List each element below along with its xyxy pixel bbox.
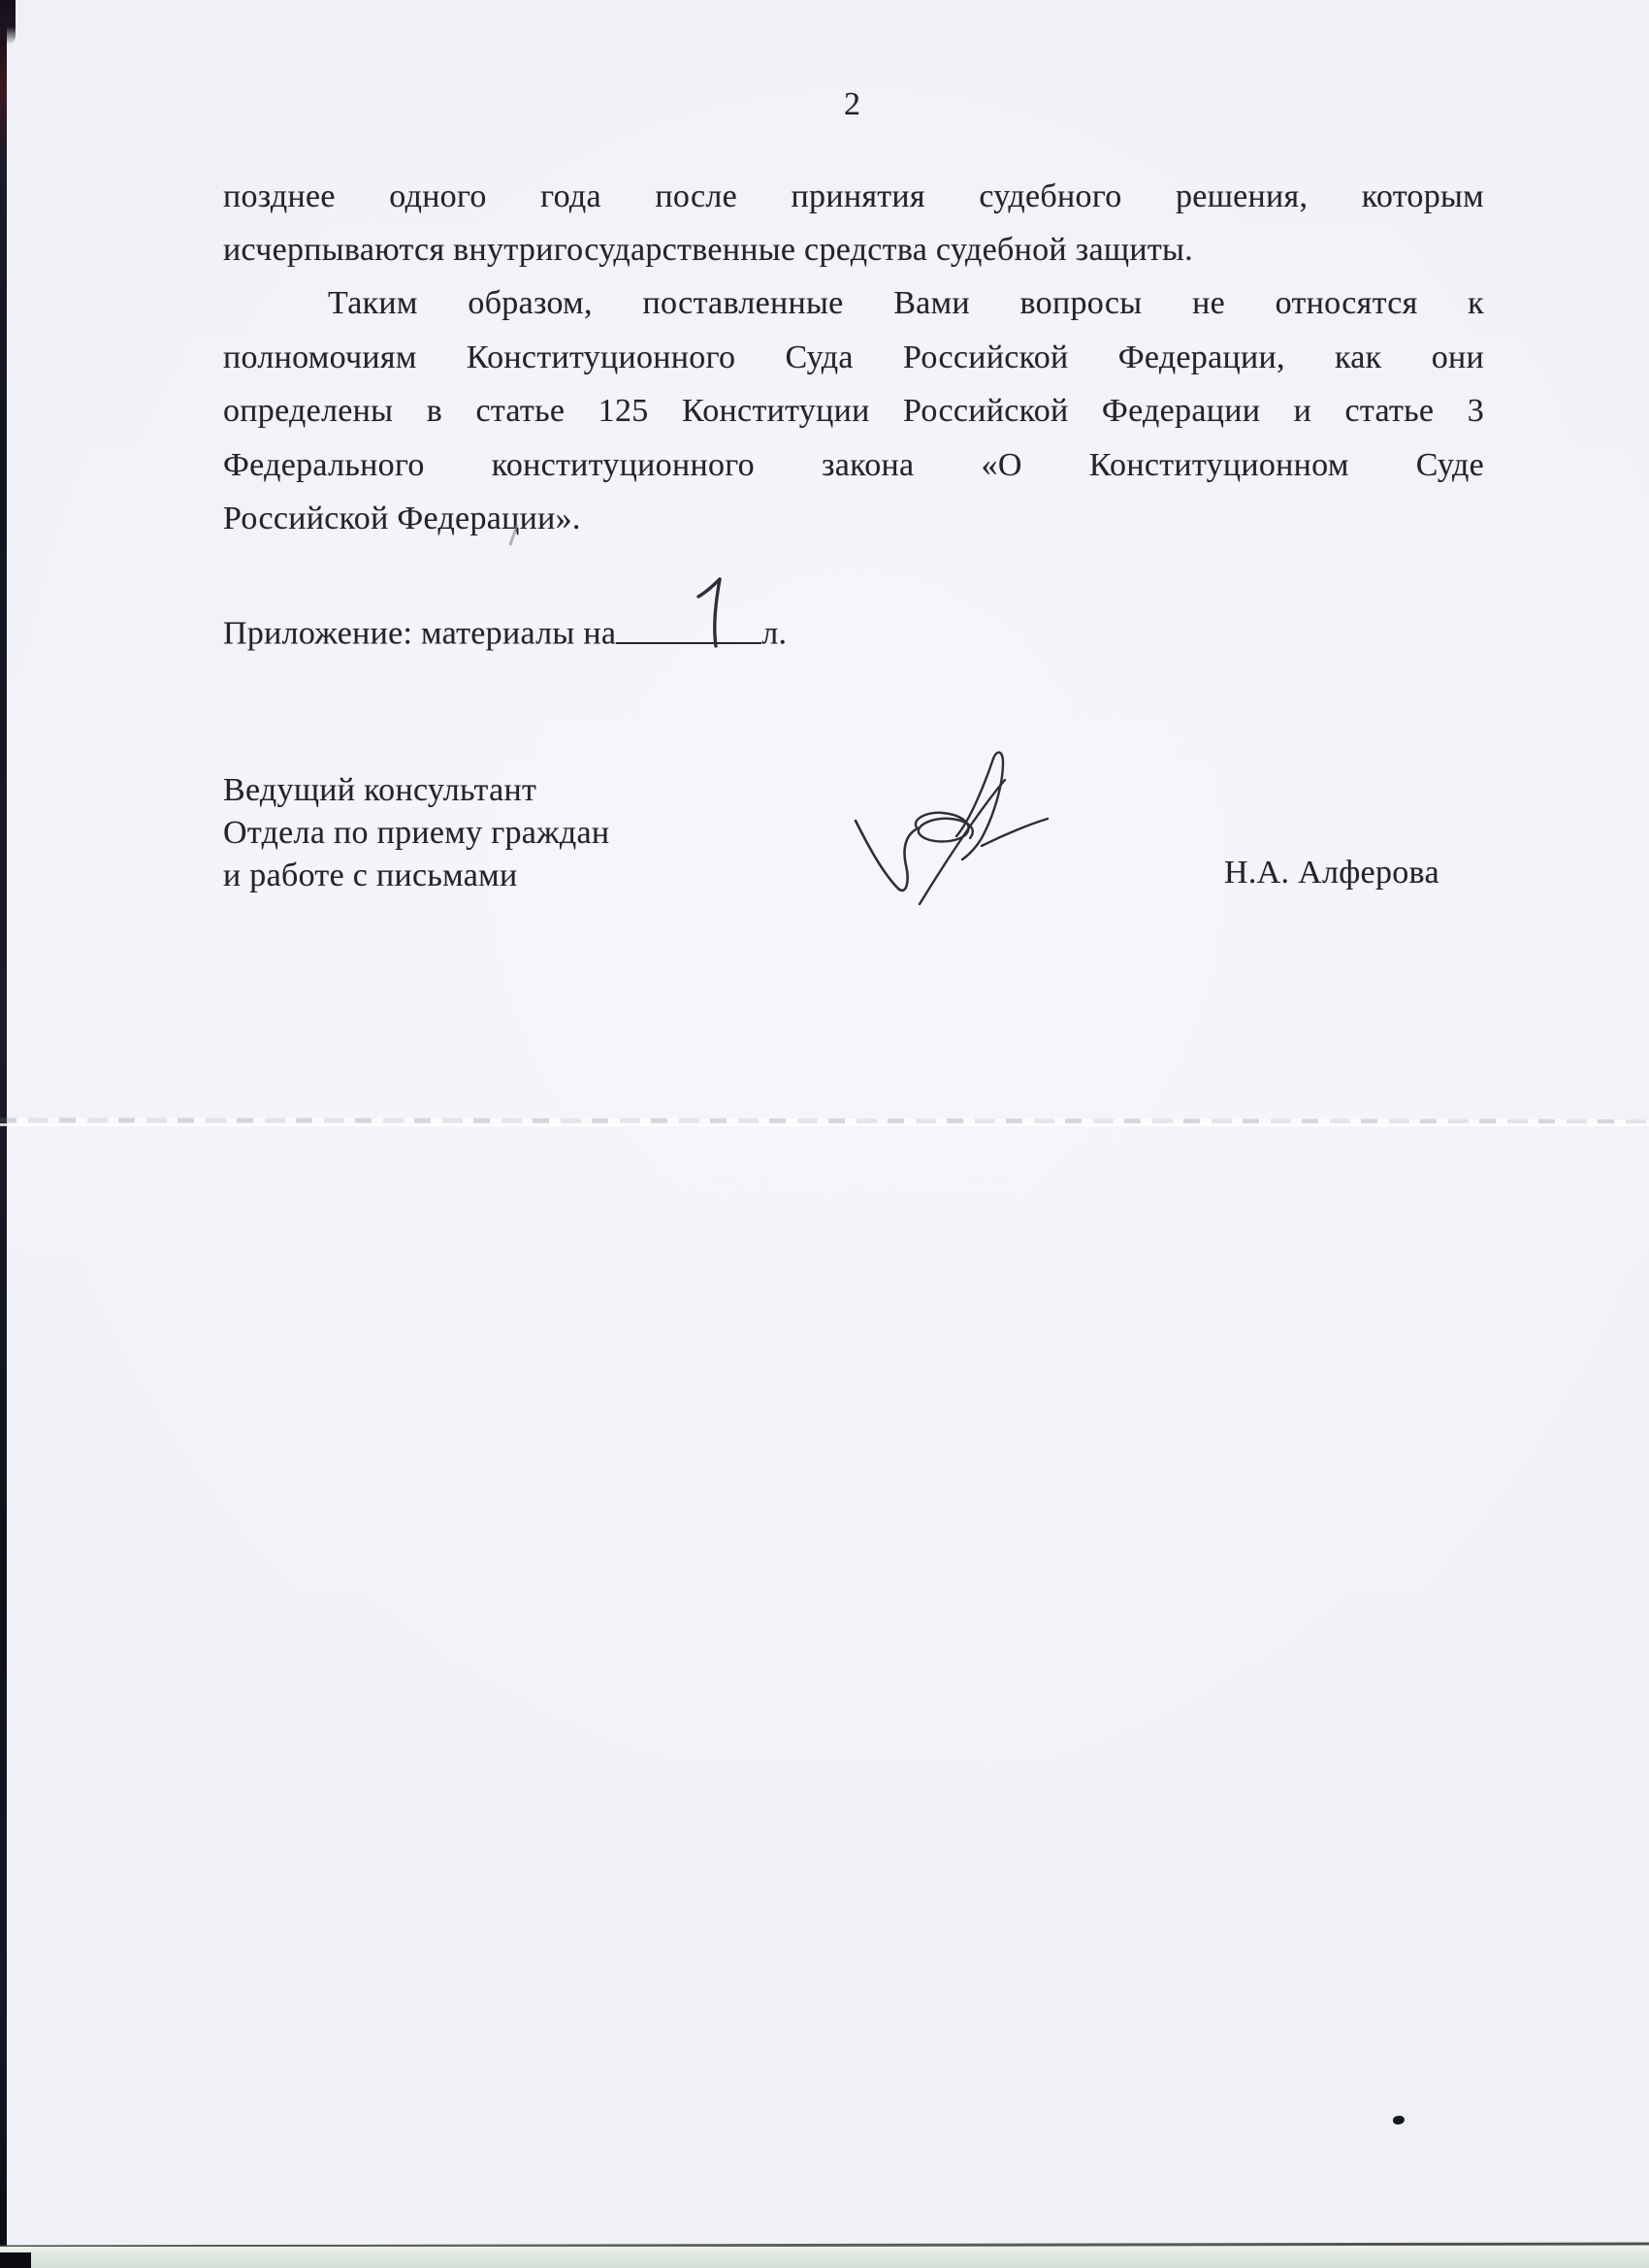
scanner-bed-band [0, 2247, 1649, 2268]
ink-dot-speck [1392, 2115, 1406, 2126]
signature-title-line1: Ведущий консультант [223, 769, 766, 812]
handwritten-signature [842, 741, 1075, 921]
signature-title-line2: Отдела по приему граждан [223, 812, 766, 855]
body-paragraph1-line1: позднее одного года после принятия судеб… [223, 174, 1484, 220]
body-paragraph2-line5: Российской Федерации». [223, 496, 1484, 542]
handwritten-count-mark [693, 574, 731, 655]
page-number: 2 [844, 81, 860, 128]
body-paragraph2-line3: определены в статье 125 Конституции Росс… [223, 388, 1484, 435]
body-paragraph2-line4: Федерального конституционного закона «О … [223, 442, 1484, 489]
paper-fold-crease-highlight [0, 1123, 1649, 1126]
scanner-corner-shadow [0, 2252, 31, 2268]
scan-top-left-mark [0, 0, 16, 45]
body-paragraph1-line2: исчерпываются внутригосударственные сред… [223, 227, 1484, 274]
attachment-label: Приложение: материалы на [223, 616, 616, 652]
signature-title-line3: и работе с письмами [223, 855, 766, 897]
signature-title-block: Ведущий консультант Отдела по приему гра… [223, 769, 766, 897]
body-paragraph2-line2: полномочиям Конституционного Суда Россий… [223, 335, 1484, 381]
attachment-blank-underline [616, 608, 761, 644]
scan-left-edge-strip [0, 0, 7, 2268]
attachment-unit: л. [761, 616, 787, 652]
scanned-letter-page: 2 позднее одного года после принятия суд… [0, 0, 1649, 2268]
signer-name: Н.А. Алферова [1224, 850, 1439, 896]
body-paragraph2-line1: Таким образом, поставленные Вами вопросы… [223, 280, 1484, 327]
